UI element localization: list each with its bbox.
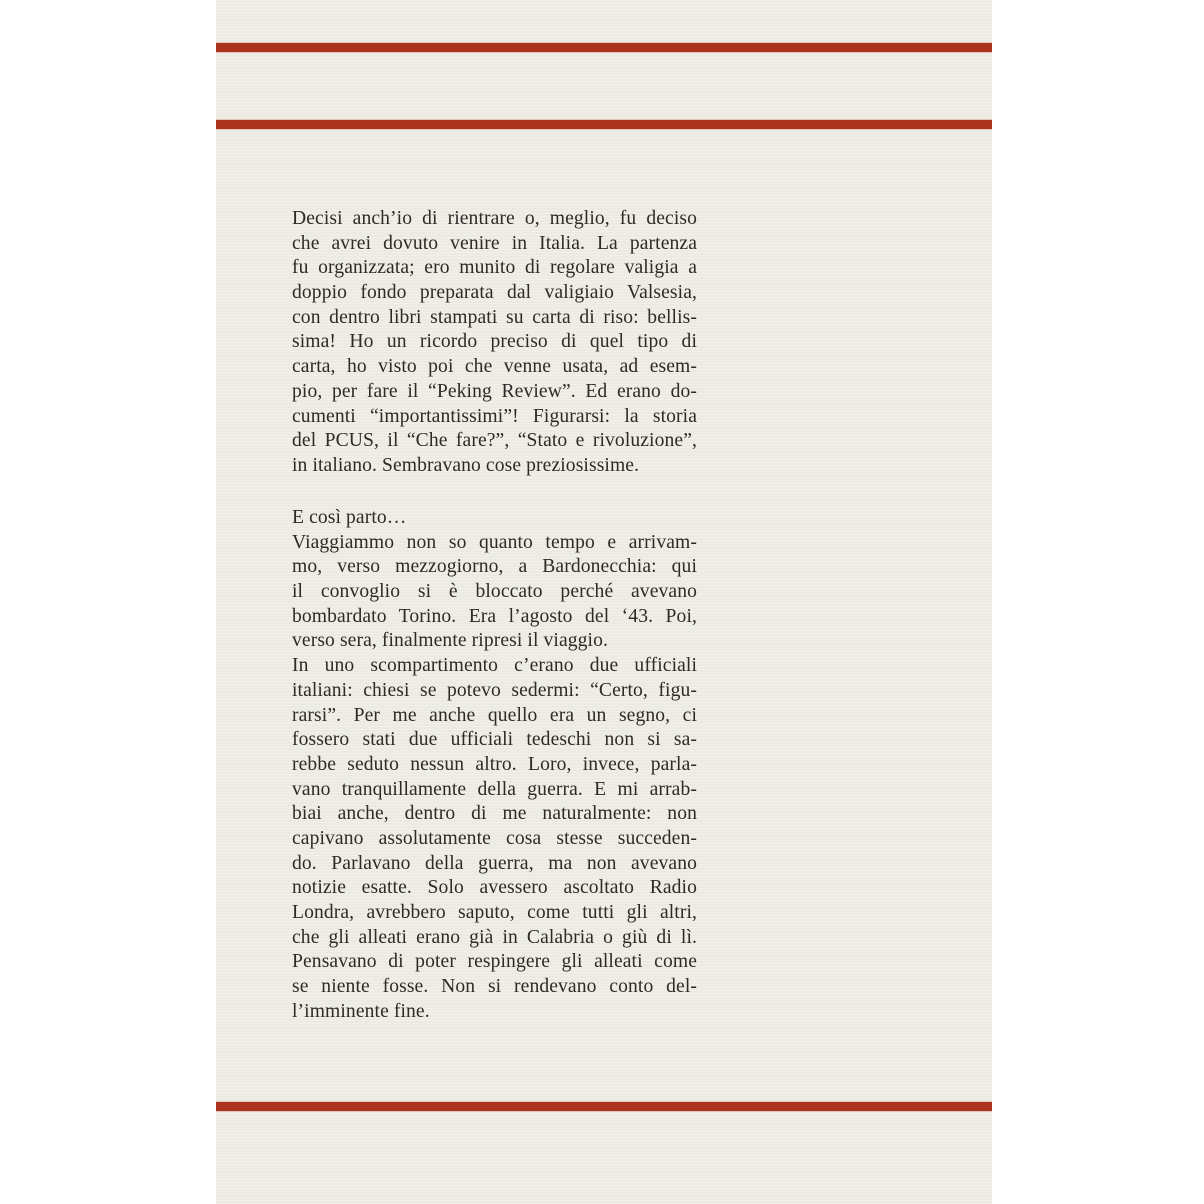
text-line: rarsi”. Per me anche quello era un segno… — [292, 704, 697, 729]
text-line: notizie esatte. Solo avessero ascoltato … — [292, 876, 697, 901]
text-line: cumenti “importantissimi”! Figurarsi: la… — [292, 405, 697, 430]
text-line: del PCUS, il “Che fare?”, “Stato e rivol… — [292, 429, 697, 454]
paragraph-2: E così parto… Viaggiammo non so quanto t… — [292, 506, 697, 1024]
text-line: vano tranquillamente della guerra. E mi … — [292, 778, 697, 803]
top-decorative-rule — [216, 43, 992, 52]
text-line: carta, ho visto poi che venne usata, ad … — [292, 355, 697, 380]
text-line: mo, verso mezzogiorno, a Bardonecchia: q… — [292, 555, 697, 580]
text-line: Pensavano di poter respingere gli alleat… — [292, 950, 697, 975]
text-line: con dentro libri stampati su carta di ri… — [292, 306, 697, 331]
text-line: l’imminente fine. — [292, 1000, 697, 1025]
text-line: capivano assolutamente cosa stesse succe… — [292, 827, 697, 852]
text-line: verso sera, finalmente ripresi il viaggi… — [292, 629, 697, 654]
text-line: pio, per fare il “Peking Review”. Ed era… — [292, 380, 697, 405]
text-line: Decisi anch’io di rientrare o, meglio, f… — [292, 207, 697, 232]
text-line: italiani: chiesi se potevo sedermi: “Cer… — [292, 679, 697, 704]
text-line: biai anche, dentro di me naturalmente: n… — [292, 802, 697, 827]
text-line: E così parto… — [292, 506, 697, 531]
text-line: fu organizzata; ero munito di regolare v… — [292, 256, 697, 281]
text-line: bombardato Torino. Era l’agosto del ‘43.… — [292, 605, 697, 630]
text-line: in italiano. Sembravano cose preziosissi… — [292, 454, 697, 479]
text-line: Viaggiammo non so quanto tempo e arrivam… — [292, 531, 697, 556]
text-line: Londra, avrebbero saputo, come tutti gli… — [292, 901, 697, 926]
paragraph-1: Decisi anch’io di rientrare o, meglio, f… — [292, 207, 697, 479]
text-line: rebbe seduto nessun altro. Loro, invece,… — [292, 753, 697, 778]
text-line: il convoglio si è bloccato perché avevan… — [292, 580, 697, 605]
text-line: che avrei dovuto venire in Italia. La pa… — [292, 232, 697, 257]
second-decorative-rule — [216, 120, 992, 129]
text-line: do. Parlavano della guerra, ma non aveva… — [292, 852, 697, 877]
book-page: Decisi anch’io di rientrare o, meglio, f… — [216, 0, 992, 1204]
text-line: fossero stati due ufficiali tedeschi non… — [292, 728, 697, 753]
bottom-decorative-rule — [216, 1102, 992, 1111]
text-line: sima! Ho un ricordo preciso di quel tipo… — [292, 330, 697, 355]
text-line: che gli alleati erano già in Calabria o … — [292, 926, 697, 951]
text-line: In uno scompartimento c’erano due uffici… — [292, 654, 697, 679]
text-line: doppio fondo preparata dal valigiaio Val… — [292, 281, 697, 306]
text-line: se niente fosse. Non si rendevano conto … — [292, 975, 697, 1000]
